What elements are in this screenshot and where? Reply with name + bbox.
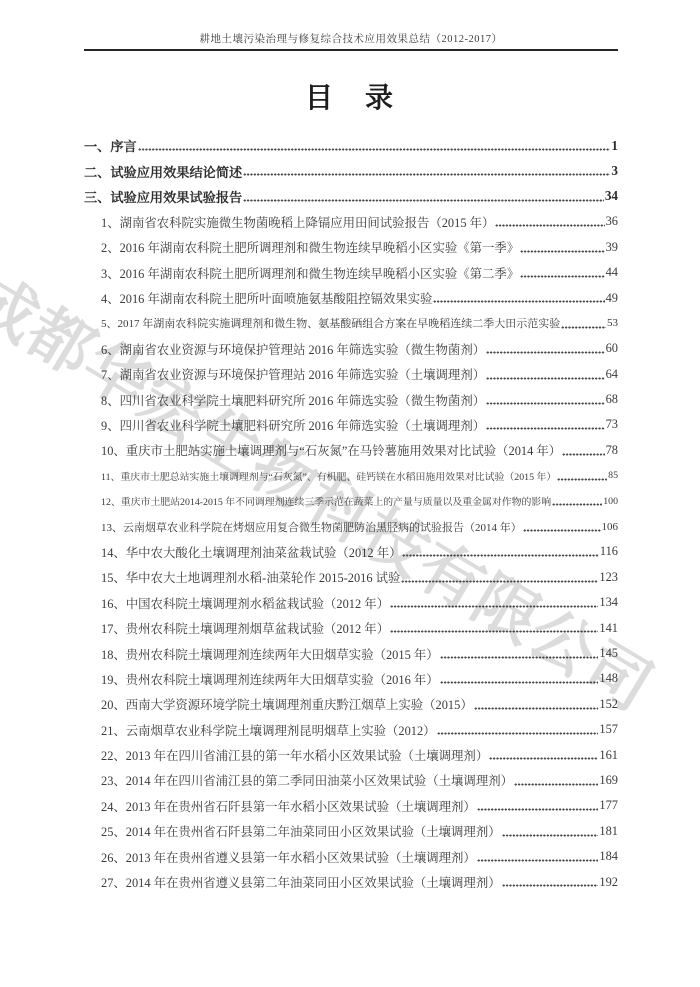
toc-entry-title: 13、云南烟草农业科学院在烤烟应用复合微生物菌肥防治黑胫病的试验报告（2014 … (101, 519, 522, 535)
toc-entry-title: 26、2013 年在贵州省遵义县第一年水稻小区效果试验（土壤调理剂） (101, 848, 476, 866)
toc-entry-title: 22、2013 年在四川省浦江县的第一年水稻小区效果试验（土壤调理剂） (101, 746, 488, 764)
dot-leader (474, 692, 599, 717)
toc-row: 12、重庆市土肥站2014-2015 年不同调理剂连续三季示范在蔬菜上的产量与质… (84, 488, 618, 513)
toc-entry-title: 27、2014 年在贵州省遵义县第二年油菜同田小区效果试验（土壤调理剂） (101, 873, 501, 891)
toc-row: 5、2017 年湖南农科院实施调理剂和微生物、氨基酸硒组合方案在早晚稻连续二季大… (84, 311, 618, 336)
toc-entry-title: 4、2016 年湖南农科院土肥所叶面喷施氨基酸阻控镉效果实验 (101, 289, 432, 307)
toc-entry-title: 1、湖南省农科院实施微生物菌晚稻上降镉应用田间试验报告（2015 年） (101, 213, 494, 231)
dot-leader (561, 311, 606, 336)
toc-entry-page: 161 (599, 748, 618, 763)
toc-row: 2、2016 年湖南农科院土肥所调理剂和微生物连续早晚稻小区实验《第一季》 39 (84, 235, 618, 260)
dot-leader (390, 590, 598, 615)
toc-row: 21、云南烟草农业科学院土壤调理剂昆明烟草上实验（2012） 157 (84, 717, 618, 742)
dot-leader (138, 133, 611, 158)
dot-leader (502, 869, 599, 894)
toc-entry-page: 116 (600, 544, 618, 559)
toc-entry-page: 1 (611, 138, 618, 154)
dot-leader (489, 742, 598, 767)
toc-row: 4、2016 年湖南农科院土肥所叶面喷施氨基酸阻控镉效果实验 49 (84, 285, 618, 310)
toc-entry-title: 6、湖南省农业资源与环境保护管理站 2016 年筛选实验（微生物菌剂） (101, 340, 485, 358)
toc-entry-page: 3 (611, 163, 618, 179)
dot-leader (440, 666, 599, 691)
toc-entry-title: 21、云南烟草农业科学院土壤调理剂昆明烟草上实验（2012） (101, 721, 436, 739)
toc-row: 19、贵州农科院土壤调理剂连续两年大田烟草实验（2016 年） 148 (84, 666, 618, 691)
toc-row: 16、中国农科院土壤调理剂水稻盆栽试验（2012 年） 134 (84, 590, 618, 615)
toc-entry-page: 60 (606, 341, 618, 356)
toc-entry-page: 100 (603, 496, 618, 507)
toc-row: 9、四川省农业科学院土壤肥料研究所 2016 年筛选实验（土壤调理剂） 73 (84, 412, 618, 437)
toc-entry-title: 24、2013 年在贵州省石阡县第一年水稻小区效果试验（土壤调理剂） (101, 797, 476, 815)
toc-row: 7、湖南省农业资源与环境保护管理站 2016 年筛选实验（土壤调理剂） 64 (84, 362, 618, 387)
toc-entry-title: 25、2014 年在贵州省石阡县第二年油菜同田小区效果试验（土壤调理剂） (101, 822, 501, 840)
toc-entry-page: 169 (599, 773, 618, 788)
toc-row: 11、重庆市土肥总站实施土壤调理剂与“石灰氮”、有机肥、硅钙镁在水稻田施用效果对… (84, 463, 618, 488)
dot-leader (523, 514, 601, 539)
toc-entry-title: 三、试验应用效果试验报告 (84, 187, 242, 206)
toc-entry-title: 19、贵州农科院土壤调理剂连续两年大田烟草实验（2016 年） (101, 670, 439, 688)
toc-row: 27、2014 年在贵州省遵义县第二年油菜同田小区效果试验（土壤调理剂） 192 (84, 869, 618, 894)
dot-leader (557, 463, 607, 488)
toc-entry-page: 148 (599, 671, 618, 686)
toc-entry-page: 53 (607, 317, 618, 329)
toc-row: 15、华中农大土地调理剂水稻-油菜轮作 2015-2016 试验 123 (84, 565, 618, 590)
toc-entry-page: 184 (599, 849, 618, 864)
toc-entry-page: 73 (606, 417, 618, 432)
toc-row: 24、2013 年在贵州省石阡县第一年水稻小区效果试验（土壤调理剂） 177 (84, 793, 618, 818)
toc-row: 26、2013 年在贵州省遵义县第一年水稻小区效果试验（土壤调理剂） 184 (84, 844, 618, 869)
toc-entry-title: 3、2016 年湖南农科院土肥所调理剂和微生物连续早晚稻小区实验《第二季》 (101, 264, 519, 282)
dot-leader (390, 615, 598, 640)
dot-leader (437, 717, 599, 742)
toc-entry-page: 152 (599, 697, 618, 712)
dot-leader (552, 488, 602, 513)
dot-leader (520, 235, 604, 260)
toc-entry-title: 15、华中农大土地调理剂水稻-油菜轮作 2015-2016 试验 (101, 568, 400, 586)
toc-entry-title: 17、贵州农科院土壤调理剂烟草盆栽试验（2012 年） (101, 619, 389, 637)
dot-leader (486, 412, 605, 437)
toc-entry-page: 157 (599, 722, 618, 737)
toc-row: 二、试验应用效果结论简述 3 (84, 158, 618, 183)
dot-leader (514, 768, 598, 793)
toc-entry-title: 5、2017 年湖南农科院实施调理剂和微生物、氨基酸硒组合方案在早晚稻连续二季大… (101, 315, 560, 331)
page-title: 目 录 (0, 76, 700, 116)
toc-entry-title: 10、重庆市土肥站实施土壤调理剂与“石灰氮”在马铃薯施用效果对比试验（2014 … (101, 441, 561, 459)
toc-row: 17、贵州农科院土壤调理剂烟草盆栽试验（2012 年） 141 (84, 615, 618, 640)
dot-leader (243, 184, 604, 209)
toc-entry-title: 2、2016 年湖南农科院土肥所调理剂和微生物连续早晚稻小区实验《第一季》 (101, 238, 519, 256)
dot-leader (562, 438, 604, 463)
dot-leader (433, 285, 604, 310)
dot-leader (477, 793, 599, 818)
dot-leader (520, 260, 604, 285)
toc-row: 一、序言 1 (84, 133, 618, 158)
toc-entry-title: 12、重庆市土肥站2014-2015 年不同调理剂连续三季示范在蔬菜上的产量与质… (101, 494, 551, 508)
toc-entry-page: 181 (599, 824, 618, 839)
toc-entry-title: 一、序言 (84, 136, 137, 155)
dot-leader (402, 539, 598, 564)
dot-leader (486, 336, 605, 361)
toc-list: 一、序言 1 二、试验应用效果结论简述 3 三、试验应用效果试验报告 34 1、… (84, 133, 618, 895)
dot-leader (477, 844, 599, 869)
toc-entry-page: 134 (599, 595, 618, 610)
toc-row: 18、贵州农科院土壤调理剂连续两年大田烟草实验（2015 年） 145 (84, 641, 618, 666)
dot-leader (486, 362, 605, 387)
toc-row: 三、试验应用效果试验报告 34 (84, 184, 618, 209)
running-header: 耕地土壤污染治理与修复综合技术应用效果总结（2012-2017） (84, 31, 618, 51)
toc-entry-page: 106 (602, 521, 619, 533)
toc-entry-page: 145 (599, 646, 618, 661)
toc-row: 10、重庆市土肥站实施土壤调理剂与“石灰氮”在马铃薯施用效果对比试验（2014 … (84, 438, 618, 463)
toc-entry-title: 11、重庆市土肥总站实施土壤调理剂与“石灰氮”、有机肥、硅钙镁在水稻田施用效果对… (101, 469, 556, 483)
toc-entry-page: 39 (606, 240, 618, 255)
toc-entry-page: 78 (606, 443, 618, 458)
toc-entry-page: 192 (599, 875, 618, 890)
dot-leader (243, 158, 610, 183)
toc-entry-title: 8、四川省农业科学院土壤肥料研究所 2016 年筛选实验（微生物菌剂） (101, 391, 485, 409)
dot-leader (486, 387, 605, 412)
dot-leader (401, 565, 598, 590)
toc-entry-title: 7、湖南省农业资源与环境保护管理站 2016 年筛选实验（土壤调理剂） (101, 365, 485, 383)
toc-entry-page: 68 (606, 392, 618, 407)
toc-row: 8、四川省农业科学院土壤肥料研究所 2016 年筛选实验（微生物菌剂） 68 (84, 387, 618, 412)
toc-entry-page: 44 (606, 265, 618, 280)
dot-leader (502, 819, 599, 844)
document-page: 成都华宏生物科技有限公司 耕地土壤污染治理与修复综合技术应用效果总结（2012-… (0, 0, 700, 987)
toc-entry-page: 123 (599, 570, 618, 585)
toc-entry-title: 9、四川省农业科学院土壤肥料研究所 2016 年筛选实验（土壤调理剂） (101, 416, 485, 434)
toc-row: 6、湖南省农业资源与环境保护管理站 2016 年筛选实验（微生物菌剂） 60 (84, 336, 618, 361)
toc-row: 13、云南烟草农业科学院在烤烟应用复合微生物菌肥防治黑胫病的试验报告（2014 … (84, 514, 618, 539)
toc-entry-title: 14、华中农大酸化土壤调理剂油菜盆栽试验（2012 年） (101, 543, 401, 561)
toc-row: 25、2014 年在贵州省石阡县第二年油菜同田小区效果试验（土壤调理剂） 181 (84, 819, 618, 844)
toc-entry-title: 16、中国农科院土壤调理剂水稻盆栽试验（2012 年） (101, 594, 389, 612)
toc-row: 14、华中农大酸化土壤调理剂油菜盆栽试验（2012 年） 116 (84, 539, 618, 564)
dot-leader (440, 641, 599, 666)
toc-entry-page: 64 (606, 367, 618, 382)
toc-row: 3、2016 年湖南农科院土肥所调理剂和微生物连续早晚稻小区实验《第二季》 44 (84, 260, 618, 285)
toc-entry-page: 85 (608, 470, 618, 481)
toc-entry-title: 23、2014 年在四川省浦江县的第二季同田油菜小区效果试验（土壤调理剂） (101, 771, 513, 789)
toc-entry-page: 49 (606, 291, 618, 306)
toc-row: 23、2014 年在四川省浦江县的第二季同田油菜小区效果试验（土壤调理剂） 16… (84, 768, 618, 793)
toc-entry-title: 二、试验应用效果结论简述 (84, 162, 242, 181)
toc-entry-title: 20、西南大学资源环境学院土壤调理剂重庆黔江烟草上实验（2015） (101, 695, 473, 713)
running-header-title: 耕地土壤污染治理与修复综合技术应用效果总结（2012-2017） (200, 34, 503, 45)
toc-entry-page: 34 (605, 188, 618, 204)
dot-leader (495, 209, 604, 234)
toc-row: 20、西南大学资源环境学院土壤调理剂重庆黔江烟草上实验（2015） 152 (84, 692, 618, 717)
toc-row: 22、2013 年在四川省浦江县的第一年水稻小区效果试验（土壤调理剂） 161 (84, 742, 618, 767)
toc-entry-page: 141 (599, 621, 618, 636)
toc-entry-page: 177 (599, 798, 618, 813)
toc-entry-title: 18、贵州农科院土壤调理剂连续两年大田烟草实验（2015 年） (101, 645, 439, 663)
toc-row: 1、湖南省农科院实施微生物菌晚稻上降镉应用田间试验报告（2015 年） 36 (84, 209, 618, 234)
toc-entry-page: 36 (606, 214, 618, 229)
